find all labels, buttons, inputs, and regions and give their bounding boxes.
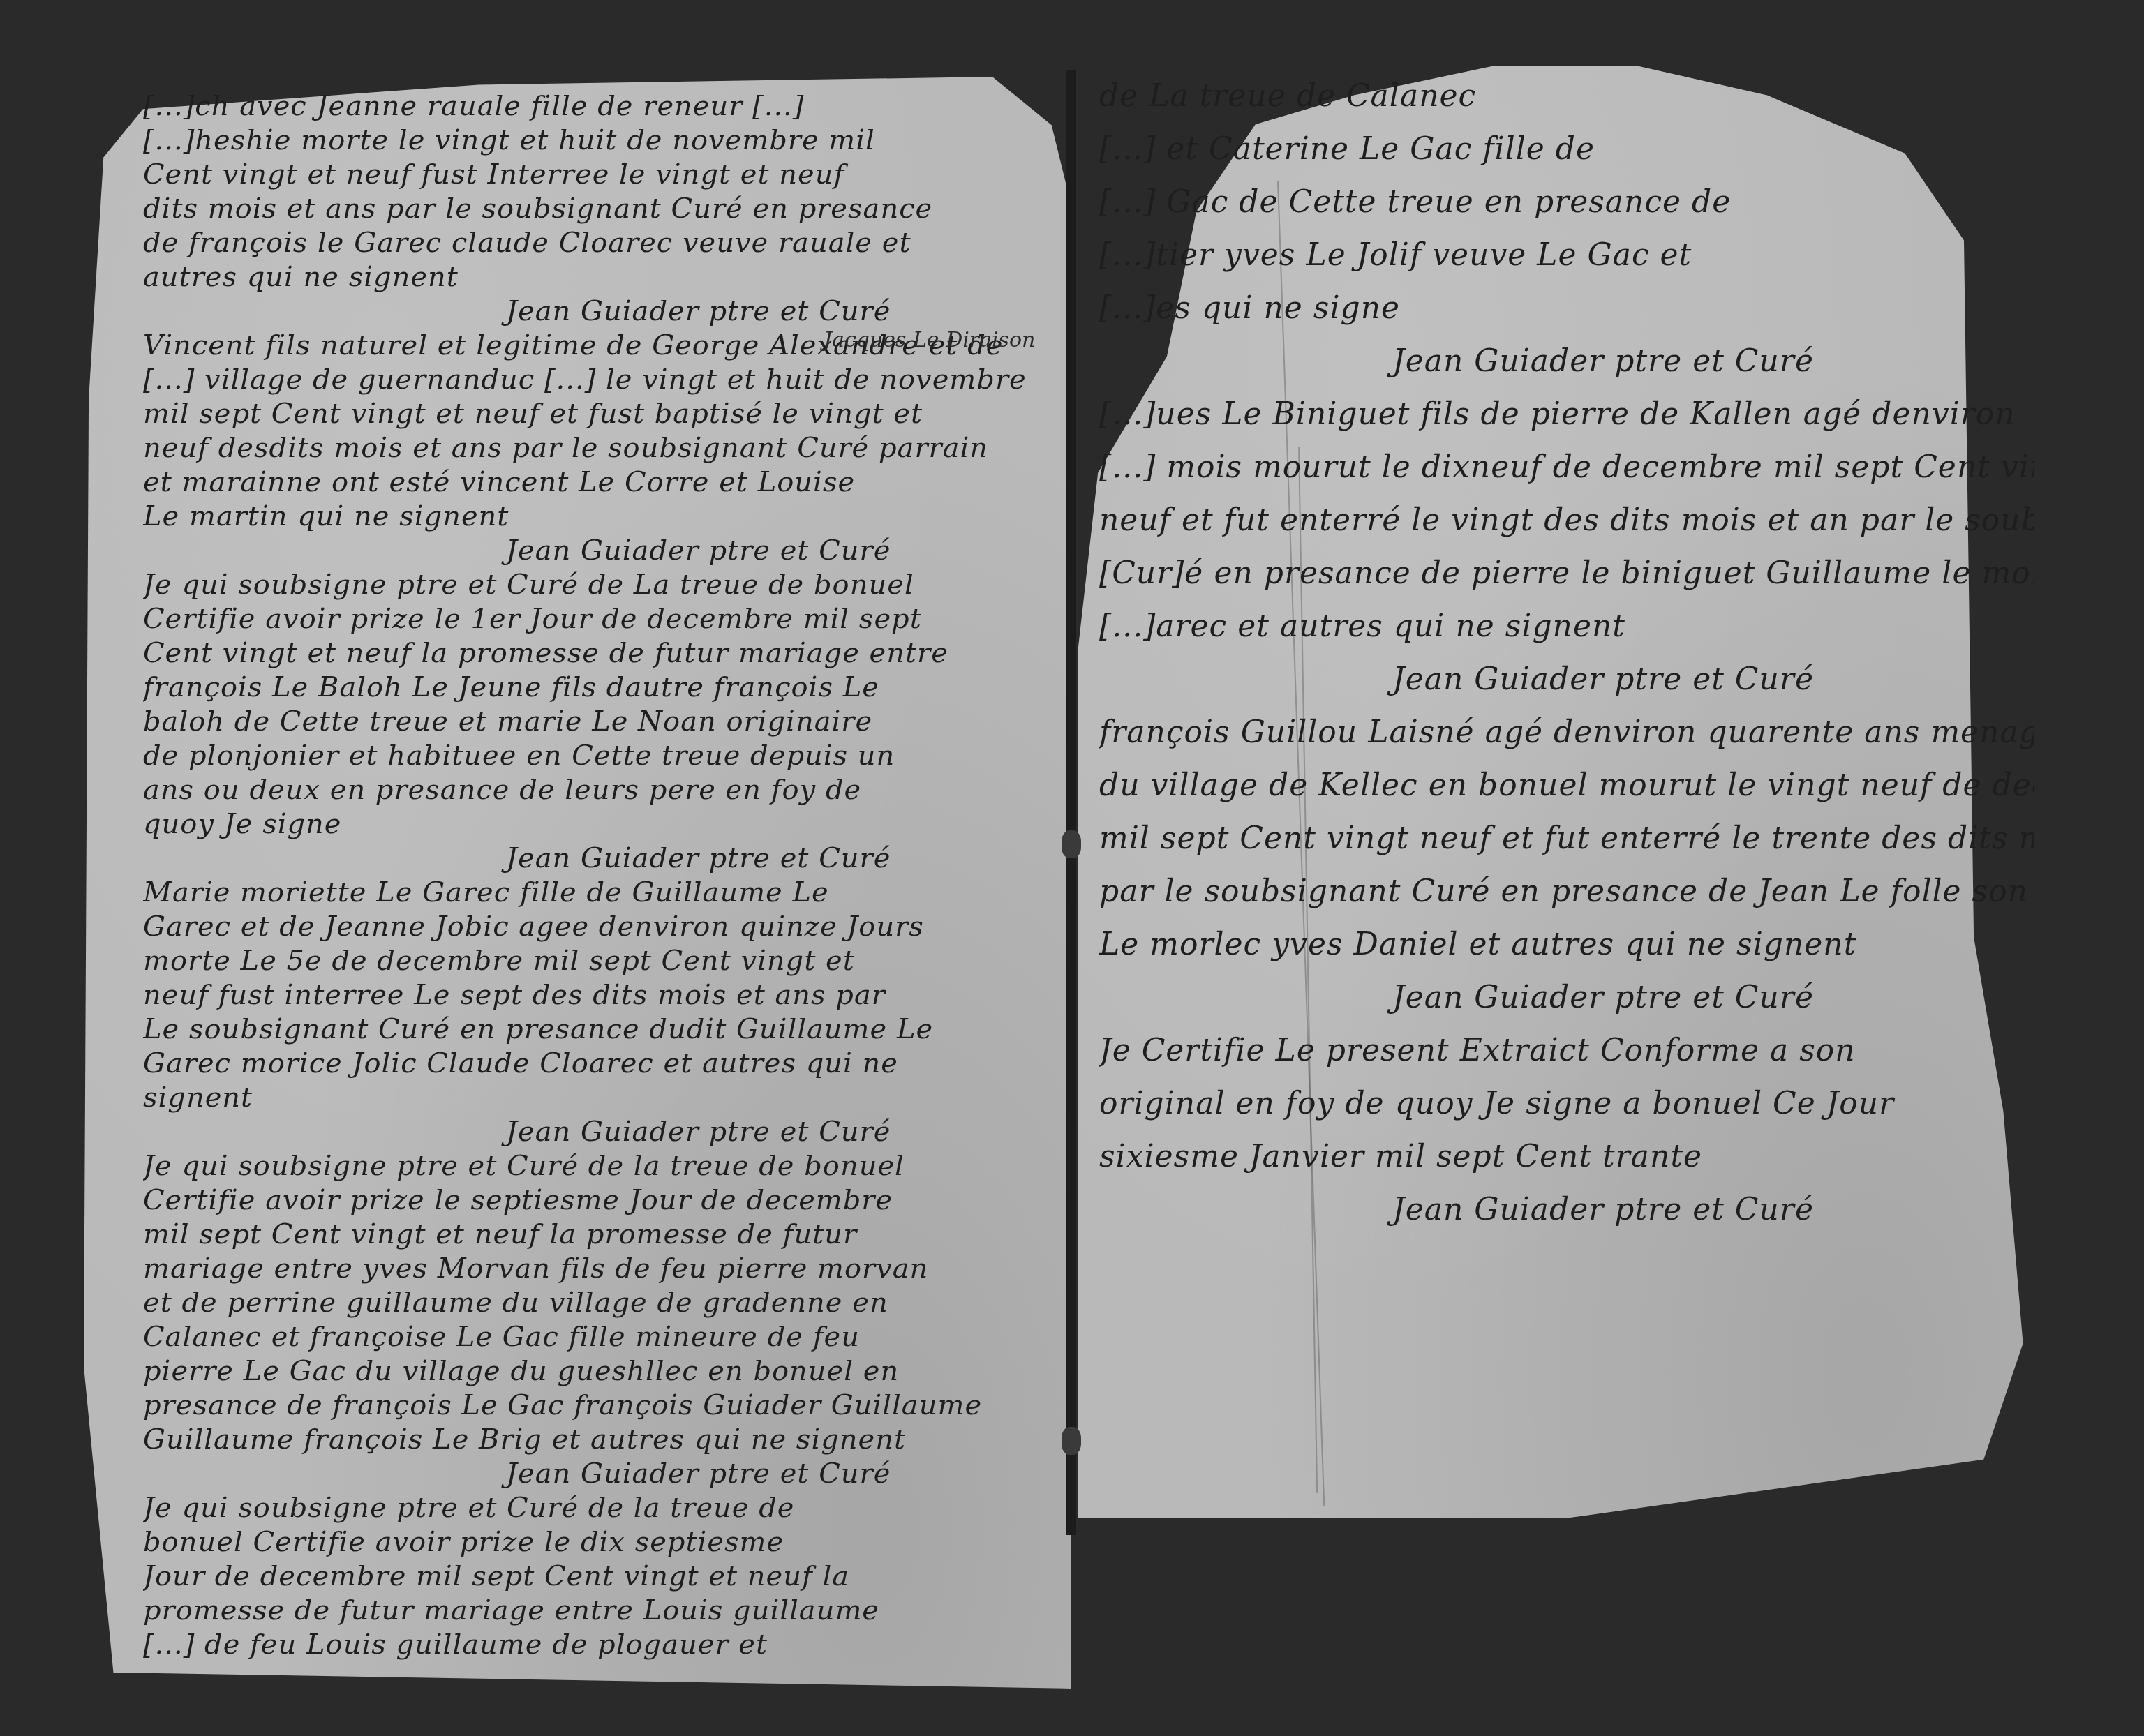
text-line: bonuel Certifie avoir prize le dix septi…	[143, 1525, 1057, 1559]
text-line: Garec et de Jeanne Jobic agee denviron q…	[143, 910, 1057, 944]
text-line: de françois le Garec claude Cloarec veuv…	[143, 226, 1057, 260]
document-viewer: [...]ch avec Jeanne rauale fille de rene…	[0, 0, 2144, 1736]
text-line: Le morlec yves Daniel et autres qui ne s…	[1099, 918, 2034, 971]
text-line: promesse de futur mariage entre Louis gu…	[143, 1594, 1057, 1628]
text-line: [...]ues Le Biniguet fils de pierre de K…	[1099, 388, 2034, 441]
text-line: dits mois et ans par le soubsignant Curé…	[143, 192, 1057, 226]
text-line: mil sept Cent vingt et neuf la promesse …	[143, 1218, 1057, 1252]
text-line: Cent vingt et neuf fust Interree le ving…	[143, 158, 1057, 192]
text-line: Jour de decembre mil sept Cent vingt et …	[143, 1559, 1057, 1594]
text-line: Je qui soubsigne ptre et Curé de la treu…	[143, 1491, 1057, 1525]
signature-line: Jean Guiader ptre et Curé	[1099, 971, 2034, 1024]
text-line: Je Certifie Le present Extraict Conforme…	[1099, 1024, 2034, 1077]
text-line: par le soubsignant Curé en presance de J…	[1099, 865, 2034, 918]
text-line: Certifie avoir prize le 1er Jour de dece…	[143, 602, 1057, 636]
text-line: Certifie avoir prize le septiesme Jour d…	[143, 1183, 1057, 1218]
text-line: sixiesme Janvier mil sept Cent trante	[1099, 1130, 2034, 1183]
text-line: neuf desdits mois et ans par le soubsign…	[143, 431, 1057, 465]
text-line: Calanec et françoise Le Gac fille mineur…	[143, 1320, 1057, 1354]
text-line: et marainne ont esté vincent Le Corre et…	[143, 465, 1057, 500]
text-line: Le martin qui ne signent	[143, 500, 1057, 534]
text-line: neuf et fut enterré le vingt des dits mo…	[1099, 494, 2034, 547]
text-line: Je qui soubsigne ptre et Curé de La treu…	[143, 568, 1057, 602]
text-line: [...]tier yves Le Jolif veuve Le Gac et	[1099, 229, 2034, 282]
margin-note: Jacques Le Diraison	[824, 328, 1035, 352]
text-line: original en foy de quoy Je signe a bonue…	[1099, 1077, 2034, 1130]
signature-line: Jean Guiader ptre et Curé	[1099, 1183, 2034, 1236]
text-line: morte Le 5e de decembre mil sept Cent vi…	[143, 944, 1057, 978]
text-line: [...]arec et autres qui ne signent	[1099, 600, 2034, 653]
text-line: mil sept Cent vingt neuf et fut enterré …	[1099, 812, 2034, 865]
signature-line: Jean Guiader ptre et Curé	[143, 534, 1057, 568]
text-line: [...]ch avec Jeanne rauale fille de rene…	[143, 89, 1057, 124]
text-line: françois Le Baloh Le Jeune fils dautre f…	[143, 671, 1057, 705]
text-line: neuf fust interree Le sept des dits mois…	[143, 978, 1057, 1012]
text-line: pierre Le Gac du village du gueshllec en…	[143, 1354, 1057, 1389]
signature-line: Jean Guiader ptre et Curé	[1099, 653, 2034, 706]
text-line: et de perrine guillaume du village de gr…	[143, 1286, 1057, 1320]
signature-line: Jean Guiader ptre et Curé	[1099, 335, 2034, 388]
text-line: [Cur]é en presance de pierre le biniguet…	[1099, 547, 2034, 600]
signature-line: Jean Guiader ptre et Curé	[143, 841, 1057, 876]
text-line: de La treue de Calanec	[1099, 70, 2034, 123]
text-line: [...] mois mourut le dixneuf de decembre…	[1099, 441, 2034, 494]
text-line: Le soubsignant Curé en presance dudit Gu…	[143, 1012, 1057, 1047]
text-line: du village de Kellec en bonuel mourut le…	[1099, 759, 2034, 812]
text-line: Cent vingt et neuf la promesse de futur …	[143, 636, 1057, 671]
text-line: françois Guillou Laisné agé denviron qua…	[1099, 706, 2034, 759]
text-line: quoy Je signe	[143, 807, 1057, 841]
text-line: signent	[143, 1081, 1057, 1115]
signature-line: Jean Guiader ptre et Curé	[143, 294, 1057, 329]
text-line: Garec morice Jolic Claude Cloarec et aut…	[143, 1047, 1057, 1081]
text-line: Marie moriette Le Garec fille de Guillau…	[143, 876, 1057, 910]
text-line: mil sept Cent vingt et neuf et fust bapt…	[143, 397, 1057, 431]
text-line: de plonjonier et habituee en Cette treue…	[143, 739, 1057, 773]
spine-stitch	[1062, 1427, 1081, 1455]
right-page-text: de La treue de Calanec[...] et Caterine …	[1099, 70, 2034, 1236]
text-line: presance de françois Le Gac françois Gui…	[143, 1389, 1057, 1423]
text-line: [...] et Caterine Le Gac fille de	[1099, 123, 2034, 176]
left-page-text: [...]ch avec Jeanne rauale fille de rene…	[143, 89, 1057, 1662]
text-line: [...]es qui ne signe	[1099, 282, 2034, 335]
text-line: [...]heshie morte le vingt et huit de no…	[143, 124, 1057, 158]
text-line: [...] Gac de Cette treue en presance de	[1099, 176, 2034, 229]
text-line: Guillaume françois Le Brig et autres qui…	[143, 1423, 1057, 1457]
text-line: autres qui ne signent	[143, 260, 1057, 294]
text-line: [...] de feu Louis guillaume de plogauer…	[143, 1628, 1057, 1662]
text-line: baloh de Cette treue et marie Le Noan or…	[143, 705, 1057, 739]
text-line: Je qui soubsigne ptre et Curé de la treu…	[143, 1149, 1057, 1183]
text-line: mariage entre yves Morvan fils de feu pi…	[143, 1252, 1057, 1286]
book-spine	[1066, 70, 1076, 1535]
text-line: ans ou deux en presance de leurs pere en…	[143, 773, 1057, 807]
text-line: [...] village de guernanduc [...] le vin…	[143, 363, 1057, 397]
spine-stitch	[1062, 830, 1081, 858]
signature-line: Jean Guiader ptre et Curé	[143, 1457, 1057, 1491]
signature-line: Jean Guiader ptre et Curé	[143, 1115, 1057, 1149]
